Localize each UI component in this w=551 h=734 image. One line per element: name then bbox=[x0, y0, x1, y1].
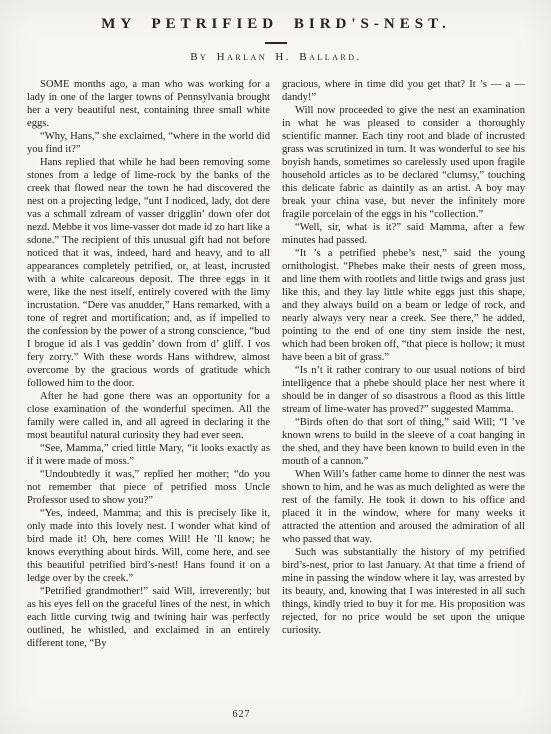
article-body: SOME months ago, a man who was working f… bbox=[27, 78, 525, 650]
paragraph: Hans replied that while he had been remo… bbox=[27, 156, 270, 390]
article-header: MY PETRIFIED BIRD'S-NEST. By Harlan H. B… bbox=[27, 16, 525, 63]
paragraph: “Well, sir, what is it?” said Mamma, aft… bbox=[282, 221, 525, 247]
page-title: MY PETRIFIED BIRD'S-NEST. bbox=[27, 16, 525, 33]
paragraph: Will now proceeded to give the nest an e… bbox=[282, 104, 525, 221]
right-column: gracious, where in time did you get that… bbox=[282, 78, 525, 650]
magazine-page: MY PETRIFIED BIRD'S-NEST. By Harlan H. B… bbox=[0, 0, 551, 734]
page-footer: 627 bbox=[0, 709, 551, 720]
paragraph: When Will’s father came home to dinner t… bbox=[282, 468, 525, 546]
byline: By Harlan H. Ballard. bbox=[27, 51, 525, 63]
paragraph: After he had gone there was an opportuni… bbox=[27, 390, 270, 442]
paragraph: SOME months ago, a man who was working f… bbox=[27, 78, 270, 130]
paragraph: “Why, Hans,” she exclaimed, “where in th… bbox=[27, 130, 270, 156]
paragraph: gracious, where in time did you get that… bbox=[282, 78, 525, 104]
page-number: 627 bbox=[233, 709, 251, 720]
paragraph: Such was substantially the history of my… bbox=[282, 546, 525, 637]
paragraph: “Is n’t it rather contrary to our usual … bbox=[282, 364, 525, 416]
paragraph: “Petrified grandmother!” said Will, irre… bbox=[27, 585, 270, 650]
paragraph: “Undoubtedly it was,” replied her mother… bbox=[27, 468, 270, 507]
paragraph: “Birds often do that sort of thing,” sai… bbox=[282, 416, 525, 468]
paragraph: “It ’s a petrified phebe’s nest,” said t… bbox=[282, 247, 525, 364]
title-divider bbox=[265, 42, 287, 44]
paragraph: “Yes, indeed, Mamma; and this is precise… bbox=[27, 507, 270, 585]
left-column: SOME months ago, a man who was working f… bbox=[27, 78, 270, 650]
paragraph: “See, Mamma,” cried little Mary, “it loo… bbox=[27, 442, 270, 468]
